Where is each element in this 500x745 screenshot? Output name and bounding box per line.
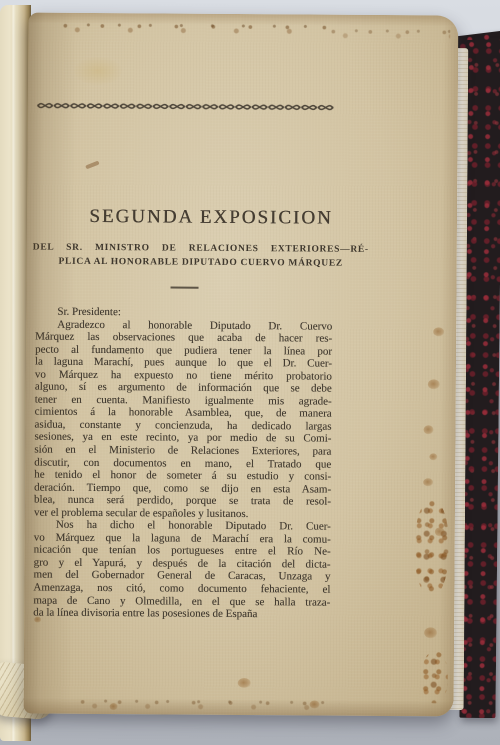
section-rule — [171, 287, 199, 289]
foxing-stain — [424, 627, 437, 638]
foxing-stain — [85, 161, 99, 170]
foxing-stain — [34, 617, 41, 623]
foxing-stain — [60, 21, 330, 39]
page-title: SEGUNDA EXPOSICION — [33, 204, 369, 232]
subtitle-line-2: PLICA AL HONORABLE DIPUTADO CUERVO MÁRQU… — [33, 255, 369, 271]
foxing-stain — [433, 327, 444, 336]
ornament-band — [37, 100, 334, 114]
paragraph: Agradezco al honorable Diputado Dr. Cuer… — [34, 318, 332, 521]
body-paragraphs: Agradezco al honorable Diputado Dr. Cuer… — [33, 318, 332, 621]
text-line: da la línea divisoria entre las posesion… — [33, 607, 330, 622]
foxing-stain — [328, 27, 450, 40]
foxing-stain — [428, 379, 440, 389]
foxing-stain — [435, 527, 445, 536]
photo-of-open-book: SEGUNDA EXPOSICION DEL SR. MINISTRO DE R… — [0, 0, 500, 745]
foxing-stain — [429, 453, 437, 460]
foxing-stain — [110, 703, 118, 710]
foxing-stain — [423, 478, 433, 486]
foxing-stain — [74, 57, 122, 85]
foxing-stain — [422, 651, 448, 703]
page-subtitle: DEL SR. MINISTRO DE RELACIONES EXTERIORE… — [33, 242, 369, 271]
paragraph: Nos ha dicho el honorable Diputado Dr. C… — [33, 519, 331, 621]
foxing-stain — [414, 500, 449, 595]
book-page: SEGUNDA EXPOSICION DEL SR. MINISTRO DE R… — [24, 13, 459, 717]
foxing-stain — [424, 425, 434, 434]
foxing-stain — [238, 678, 251, 688]
body-text: Sr. Presidente: Agradezco al honorable D… — [33, 306, 332, 622]
